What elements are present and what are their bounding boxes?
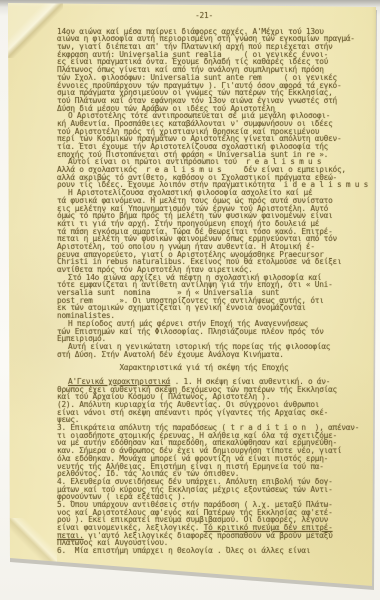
page-number: -21- bbox=[57, 12, 351, 20]
paper: -21- 14ον αιώνα καί μέσα παίρνει διάφορε… bbox=[0, 0, 380, 600]
fold-crease-top-left bbox=[5, 0, 63, 58]
fold-crease-bottom-left bbox=[5, 518, 57, 562]
typewritten-text: 14ον αιώνα καί μέσα παίρνει διάφορες αρχ… bbox=[57, 28, 351, 555]
scan-background: -21- 14ον αιώνα καί μέσα παίρνει διάφορε… bbox=[0, 0, 380, 600]
section-heading: Χαρακτηριστικά γιά τή σκέψη τής Εποχής bbox=[57, 364, 351, 372]
text-line: στή Δύση. Στήν Ανατολή δέν έχουμε Ανάλογ… bbox=[57, 351, 351, 359]
text-line: είναι νάνοι στή σκέψη απέναντι πρός γίγα… bbox=[57, 409, 351, 417]
page-content: -21- 14ον αιώνα καί μέσα παίρνει διάφορε… bbox=[57, 12, 351, 555]
text-line: 6. Μία επιστήμη υπάρχει η Θεολογία . Όλε… bbox=[57, 547, 351, 555]
